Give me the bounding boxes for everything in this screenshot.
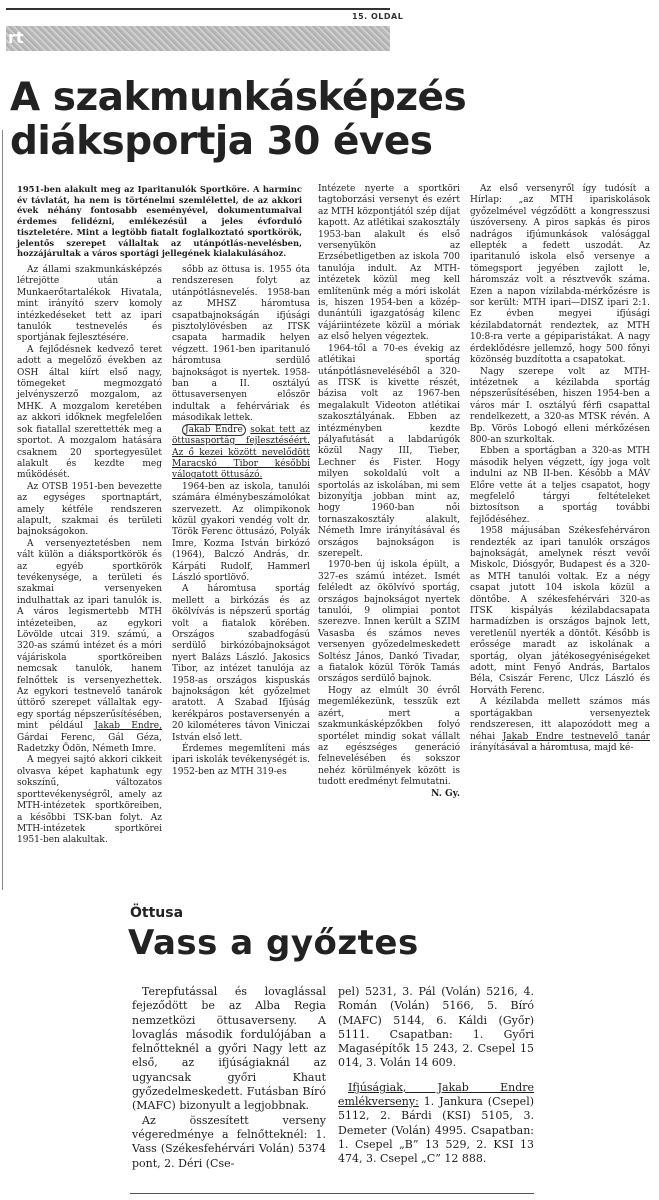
- paragraph: 1958 májusában Székesfehérváron rendezté…: [470, 526, 650, 697]
- article-column-3: Intézete nyerte a sportköri tagtoborzási…: [318, 184, 460, 800]
- article2-kicker: Öttusa: [130, 905, 183, 921]
- paragraph: 1964-ben az iskola, tanulói számára élmé…: [172, 482, 310, 585]
- margin-rule: [2, 130, 3, 890]
- article2-headline: Vass a győztes: [128, 923, 419, 963]
- paragraph: A fejlődésnek kedvező teret adott a mege…: [17, 345, 162, 482]
- results-adult: pel) 5231, 3. Pál (Volán) 5216, 4. Román…: [338, 985, 534, 1071]
- article-headline: A szakmunkásképzés diáksportja 30 éves: [10, 76, 466, 164]
- bottom-rule: [130, 1193, 534, 1194]
- article2-column-2: pel) 5231, 3. Pál (Volán) 5216, 4. Román…: [338, 985, 534, 1167]
- circled-name: Jakab Endre: [182, 424, 246, 436]
- top-rule: [6, 8, 390, 10]
- article-column-2: sőbb az öttusa is. 1955 óta rendszeresen…: [172, 265, 310, 778]
- paragraph: sőbb az öttusa is. 1955 óta rendszeresen…: [172, 265, 310, 425]
- headline-line-2: diáksportja 30 éves: [10, 120, 466, 164]
- paragraph: Nagy szerepe volt az MTH-intézetnek a ké…: [470, 367, 650, 447]
- paragraph: A háromtusa sportág mellett a birkózás é…: [172, 584, 310, 744]
- paragraph: Hogy az elmúlt 30 évről megemlékezünk, t…: [318, 686, 460, 789]
- paragraph: A kézilabda mellett számos más sportágak…: [470, 697, 650, 754]
- headline-line-1: A szakmunkásképzés: [10, 76, 466, 120]
- paragraph: Terepfutással és lovaglással fejeződött …: [132, 985, 326, 1114]
- page-number: 15. OLDAL: [352, 12, 403, 21]
- paragraph: A megyei sajtó akkori cikkeit olvasva ké…: [17, 755, 162, 846]
- article-column-1: Az állami szakmunkásképzés létrejötte ut…: [17, 265, 162, 847]
- results-youth: Ifjúságiak, Jakab Endre emlékverseny: 1.…: [338, 1081, 534, 1167]
- paragraph: 1964-től a 70-es évekig az atlétikai spo…: [318, 344, 460, 561]
- paragraph: Ebben a sportágban a 320-as MTH második …: [470, 446, 650, 526]
- underlined-name: Jakab Endre,: [94, 721, 162, 731]
- section-band: rt: [6, 26, 390, 51]
- section-band-label: rt: [8, 28, 24, 47]
- article-column-4: Az első versenyről így tudósít a Hírlap:…: [470, 184, 650, 754]
- paragraph: Az első versenyről így tudósít a Hírlap:…: [470, 184, 650, 367]
- paragraph: A versenyeztetésben nem vált külön a diá…: [17, 539, 162, 756]
- underlined-name: Jakab Endre testnevelő tanár: [503, 732, 650, 742]
- paragraph: Az állami szakmunkásképzés létrejötte ut…: [17, 265, 162, 345]
- article-lead: 1951-ben alakult meg az Iparitanulók Spo…: [17, 184, 302, 259]
- paragraph: 1970-ben új iskola épült, a 327-es számú…: [318, 560, 460, 685]
- paragraph: Az összesített verseny végeredménye a fe…: [132, 1114, 326, 1171]
- author-signature: N. Gy.: [431, 789, 460, 800]
- paragraph: Jakab Endre sokat tett az öttusasportág …: [172, 425, 310, 482]
- article2-column-1: Terepfutással és lovaglással fejeződött …: [132, 985, 326, 1171]
- paragraph: Intézete nyerte a sportköri tagtoborzási…: [318, 184, 460, 344]
- paragraph: Érdemes megemlíteni más ipari iskolák te…: [172, 744, 310, 778]
- paragraph: Az OTSB 1951-ben bevezette az egységes s…: [17, 482, 162, 539]
